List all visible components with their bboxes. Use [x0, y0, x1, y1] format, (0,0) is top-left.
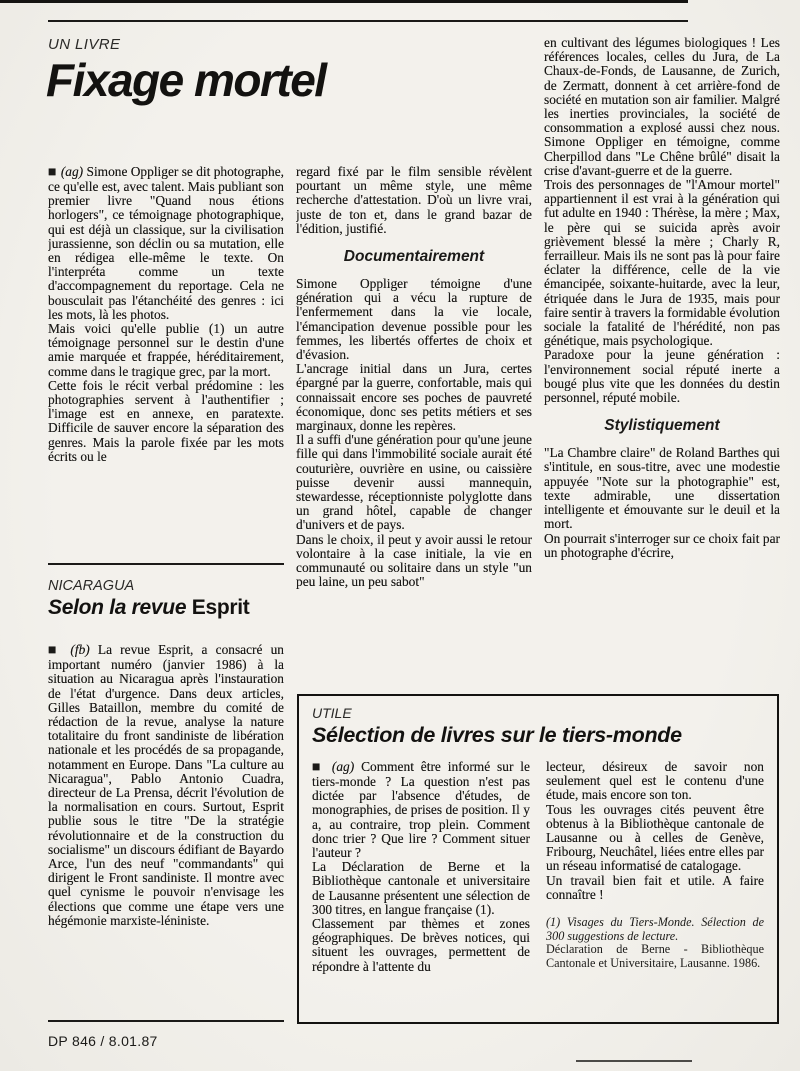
square-marker: ■ [312, 760, 325, 775]
paragraph: ■ (fb) La revue Esprit, a consacré un im… [48, 643, 284, 928]
paragraph: Un travail bien fait et utile. A faire c… [546, 874, 764, 902]
column-2-article-body: regard fixé par le film sensible révèlen… [296, 165, 532, 689]
paragraph: Simone Oppliger témoigne d'une génératio… [296, 277, 532, 362]
footer-rule [48, 1020, 284, 1022]
footnote-publisher: Déclaration de Berne - Bibliothèque Cant… [546, 943, 764, 970]
paragraph: ■ (ag) Comment être informé sur le tiers… [312, 760, 530, 860]
byline: (ag) [332, 760, 354, 774]
paragraph: Il a suffi d'une génération pour qu'une … [296, 433, 532, 532]
nicaragua-title-roman: Esprit [192, 596, 250, 619]
paragraph: Mais voici qu'elle publie (1) un autre t… [48, 322, 284, 379]
paragraph: Trois des personnages de "l'Amour mortel… [544, 178, 780, 348]
utile-box-columns: ■ (ag) Comment être informé sur le tiers… [312, 760, 764, 974]
paragraph: en cultivant des légumes biologiques ! L… [544, 36, 780, 178]
utile-box: UTILE Sélection de livres sur le tiers-m… [297, 694, 779, 1024]
paragraph: L'ancrage initial dans un Jura, certes é… [296, 362, 532, 433]
byline: (ag) [61, 165, 83, 179]
paragraph-text: Comment être informé sur le tiers-monde … [312, 760, 530, 860]
scanned-newspaper-page: UN LIVRE Fixage mortel ■ (ag) Simone Opp… [0, 0, 800, 1071]
nicaragua-title-italic: Selon la revue [48, 596, 186, 619]
nicaragua-body: ■ (fb) La revue Esprit, a consacré un im… [48, 643, 284, 928]
bottom-edge-line [576, 1060, 692, 1062]
top-edge-line [0, 0, 688, 3]
box-left-column: ■ (ag) Comment être informé sur le tiers… [312, 760, 530, 974]
section-divider [48, 563, 284, 565]
square-marker: ■ [48, 165, 57, 180]
subhead-stylistiquement: Stylistiquement [544, 417, 780, 435]
paragraph: La Déclaration de Berne et la Bibliothèq… [312, 860, 530, 917]
paragraph: Cette fois le récit verbal prédomine : l… [48, 379, 284, 464]
subhead-documentairement: Documentairement [296, 248, 532, 266]
box-right-column: lecteur, désireux de savoir non seulemen… [546, 760, 764, 974]
utile-kicker: UTILE [312, 705, 764, 721]
paragraph-text: La revue Esprit, a consacré un important… [48, 642, 284, 928]
article-kicker: UN LIVRE [48, 36, 120, 53]
paragraph-text: Simone Oppliger se dit photographe, ce q… [48, 165, 284, 322]
square-marker: ■ [48, 643, 62, 658]
paragraph: Dans le choix, il peut y avoir aussi le … [296, 533, 532, 590]
paragraph: lecteur, désireux de savoir non seulemen… [546, 760, 764, 803]
paragraph: "La Chambre claire" de Roland Barthes qu… [544, 446, 780, 531]
column-3-article-body: en cultivant des légumes biologiques ! L… [544, 36, 780, 688]
nicaragua-kicker: NICARAGUA [48, 578, 284, 594]
nicaragua-section: NICARAGUA Selon la revue Esprit ■ (fb) L… [48, 563, 284, 1013]
column-1-article-body: ■ (ag) Simone Oppliger se dit photograph… [48, 165, 284, 557]
footnote-title: (1) Visages du Tiers-Monde. Sélection de… [546, 916, 764, 943]
nicaragua-title: Selon la revue Esprit [48, 596, 284, 620]
paragraph: On pourrait s'interroger sur ce choix fa… [544, 532, 780, 560]
page-code: DP 846 / 8.01.87 [48, 1033, 158, 1049]
header-rule [48, 20, 688, 22]
paragraph: ■ (ag) Simone Oppliger se dit photograph… [48, 165, 284, 322]
footnote: (1) Visages du Tiers-Monde. Sélection de… [546, 916, 764, 970]
paragraph: Classement par thèmes et zones géographi… [312, 917, 530, 974]
paragraph: Tous les ouvrages cités peuvent être obt… [546, 803, 764, 874]
paragraph: regard fixé par le film sensible révèlen… [296, 165, 532, 236]
article-title: Fixage mortel [46, 57, 326, 103]
byline: (fb) [70, 642, 89, 657]
paragraph: Paradoxe pour la jeune génération : l'en… [544, 348, 780, 405]
utile-title: Sélection de livres sur le tiers-monde [312, 723, 764, 748]
